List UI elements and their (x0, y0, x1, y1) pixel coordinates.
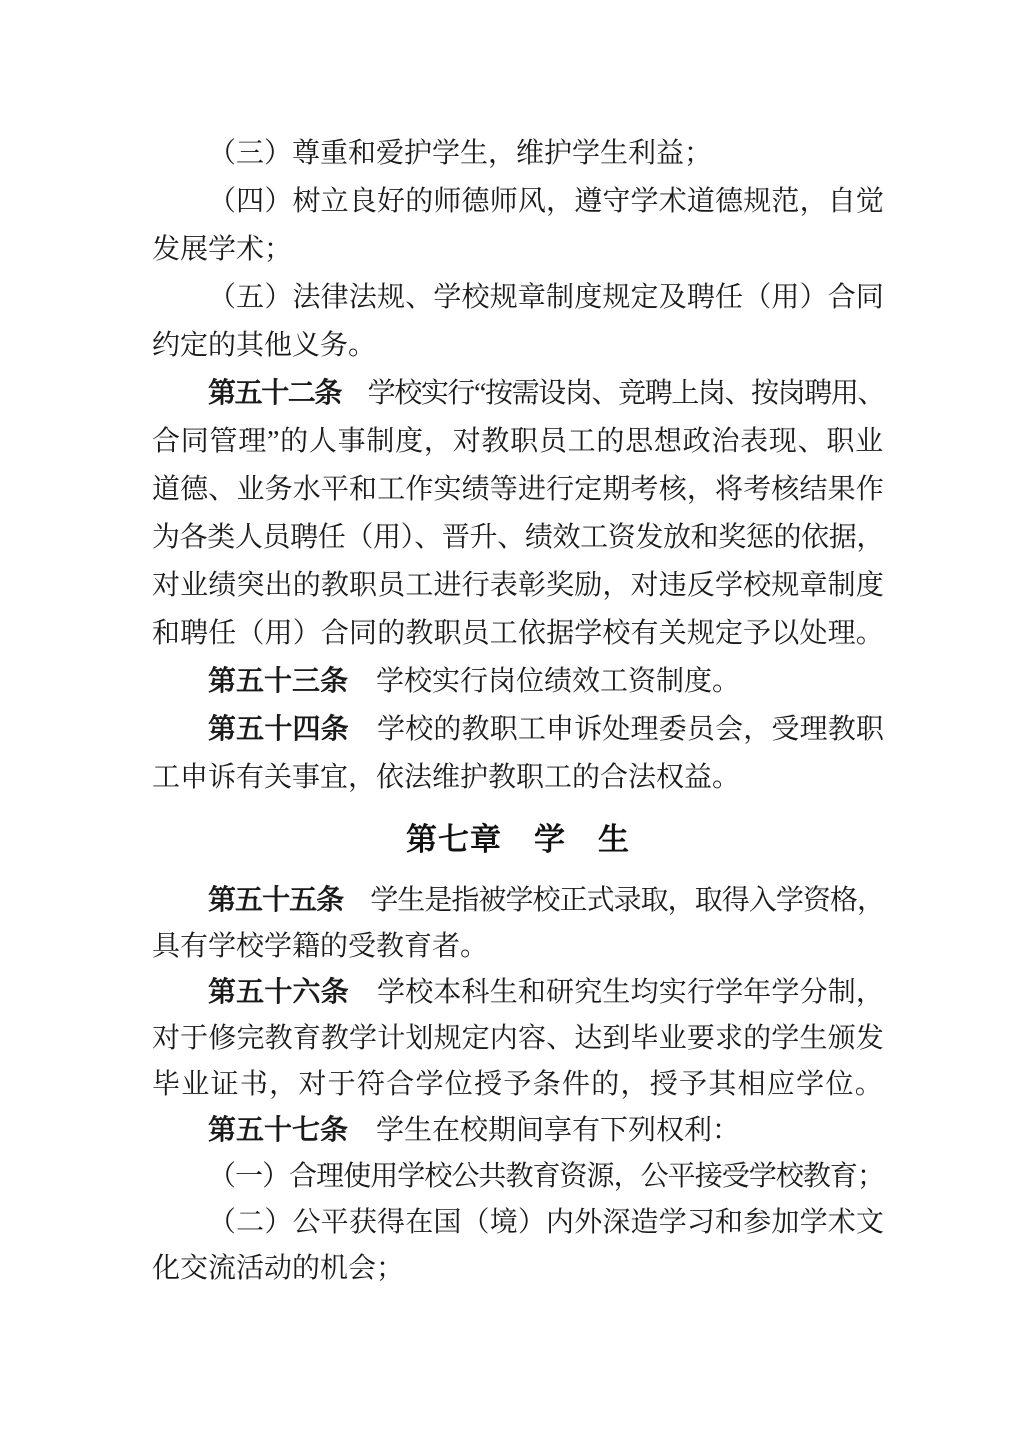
article-number: 第五十六条 (208, 977, 349, 1008)
text-line: 第五十七条 学生在校期间享有下列权利： (152, 1108, 884, 1154)
text-line: 为各类人员聘任（用）、晋升、绩效工资发放和奖惩的依据， (152, 514, 884, 562)
article-number: 第五十七条 (208, 1115, 348, 1146)
text-line-content: 第五十五条 学生是指被学校正式录取，取得入学资格， (208, 878, 884, 924)
text-line: 约定的其他义务。 (152, 322, 884, 370)
text-line-content: 第五十四条 学校的教职工申诉处理委员会，受理教职 (208, 706, 884, 754)
text-line: （五）法律法规、学校规章制度规定及聘任（用）合同 (152, 274, 884, 322)
text-line-content: 毕业证书，对于符合学位授予条件的，授予其相应学位。 (152, 1062, 884, 1108)
text-line-content: （三）尊重和爱护学生，维护学生利益； (208, 130, 712, 178)
text-line: 第五十四条 学校的教职工申诉处理委员会，受理教职 (152, 706, 884, 754)
text-line-content: 第五十六条 学校本科生和研究生均实行学年学分制， (208, 970, 884, 1016)
text-line-content: 工申诉有关事宜，依法维护教职工的合法权益。 (152, 754, 740, 802)
article-number: 第五十二条 (208, 378, 341, 409)
text-line-content: 为各类人员聘任（用）、晋升、绩效工资发放和奖惩的依据， (152, 514, 884, 562)
text-line: 第五十三条 学校实行岗位绩效工资制度。 (152, 658, 884, 706)
text-line: 第五十六条 学校本科生和研究生均实行学年学分制， (152, 970, 884, 1016)
text-line: （二）公平获得在国（境）内外深造学习和参加学术文 (152, 1200, 884, 1246)
text-line-content: 第五十七条 学生在校期间享有下列权利： (208, 1108, 740, 1154)
text-line-content: （四）树立良好的师德师风，遵守学术道德规范，自觉 (208, 178, 884, 226)
text-line-content: （一）合理使用学校公共教育资源，公平接受学校教育； (208, 1154, 884, 1200)
text-line: 合同管理”的人事制度，对教职员工的思想政治表现、职业 (152, 418, 884, 466)
text-line-content: 第五十三条 学校实行岗位绩效工资制度。 (208, 658, 740, 706)
section-faculty-articles: （三）尊重和爱护学生，维护学生利益；（四）树立良好的师德师风，遵守学术道德规范，… (152, 130, 884, 802)
text-line-content: 和聘任（用）合同的教职员工依据学校有关规定予以处理。 (152, 610, 884, 658)
text-line: 和聘任（用）合同的教职员工依据学校有关规定予以处理。 (152, 610, 884, 658)
article-number: 第五十四条 (208, 714, 349, 745)
text-line-content: 合同管理”的人事制度，对教职员工的思想政治表现、职业 (152, 418, 884, 466)
text-line: 对业绩突出的教职员工进行表彰奖励，对违反学校规章制度 (152, 562, 884, 610)
article-number: 第五十三条 (208, 666, 348, 697)
text-line-content: 对于修完教育教学计划规定内容、达到毕业要求的学生颁发 (152, 1016, 884, 1062)
text-line: 工申诉有关事宜，依法维护教职工的合法权益。 (152, 754, 884, 802)
text-line-content: （五）法律法规、学校规章制度规定及聘任（用）合同 (208, 274, 884, 322)
text-line-content: （二）公平获得在国（境）内外深造学习和参加学术文 (208, 1200, 884, 1246)
text-line: 第五十五条 学生是指被学校正式录取，取得入学资格， (152, 878, 884, 924)
text-line: 对于修完教育教学计划规定内容、达到毕业要求的学生颁发 (152, 1016, 884, 1062)
text-line: （三）尊重和爱护学生，维护学生利益； (152, 130, 884, 178)
text-line: 化交流活动的机会； (152, 1246, 884, 1292)
text-line: 毕业证书，对于符合学位授予条件的，授予其相应学位。 (152, 1062, 884, 1108)
text-line-content: 道德、业务水平和工作实绩等进行定期考核，将考核结果作 (152, 466, 884, 514)
article-number: 第五十五条 (208, 885, 343, 916)
text-line-content: 第五十二条 学校实行“按需设岗、竞聘上岗、按岗聘用、 (208, 370, 884, 418)
text-line: （一）合理使用学校公共教育资源，公平接受学校教育； (152, 1154, 884, 1200)
text-line-content: 具有学校学籍的受教育者。 (152, 924, 488, 970)
text-line-content: 对业绩突出的教职员工进行表彰奖励，对违反学校规章制度 (152, 562, 884, 610)
text-line: 发展学术； (152, 226, 884, 274)
text-line-content: 约定的其他义务。 (152, 322, 376, 370)
section-students-articles: 第五十五条 学生是指被学校正式录取，取得入学资格，具有学校学籍的受教育者。第五十… (152, 878, 884, 1292)
text-line-content: 化交流活动的机会； (152, 1246, 404, 1292)
text-line: 具有学校学籍的受教育者。 (152, 924, 884, 970)
text-line-content: 发展学术； (152, 226, 292, 274)
text-line: 道德、业务水平和工作实绩等进行定期考核，将考核结果作 (152, 466, 884, 514)
text-line: 第五十二条 学校实行“按需设岗、竞聘上岗、按岗聘用、 (152, 370, 884, 418)
text-line: （四）树立良好的师德师风，遵守学术道德规范，自觉 (152, 178, 884, 226)
chapter-heading: 第七章 学 生 (152, 802, 884, 878)
document-page: （三）尊重和爱护学生，维护学生利益；（四）树立良好的师德师风，遵守学术道德规范，… (0, 0, 1024, 1448)
